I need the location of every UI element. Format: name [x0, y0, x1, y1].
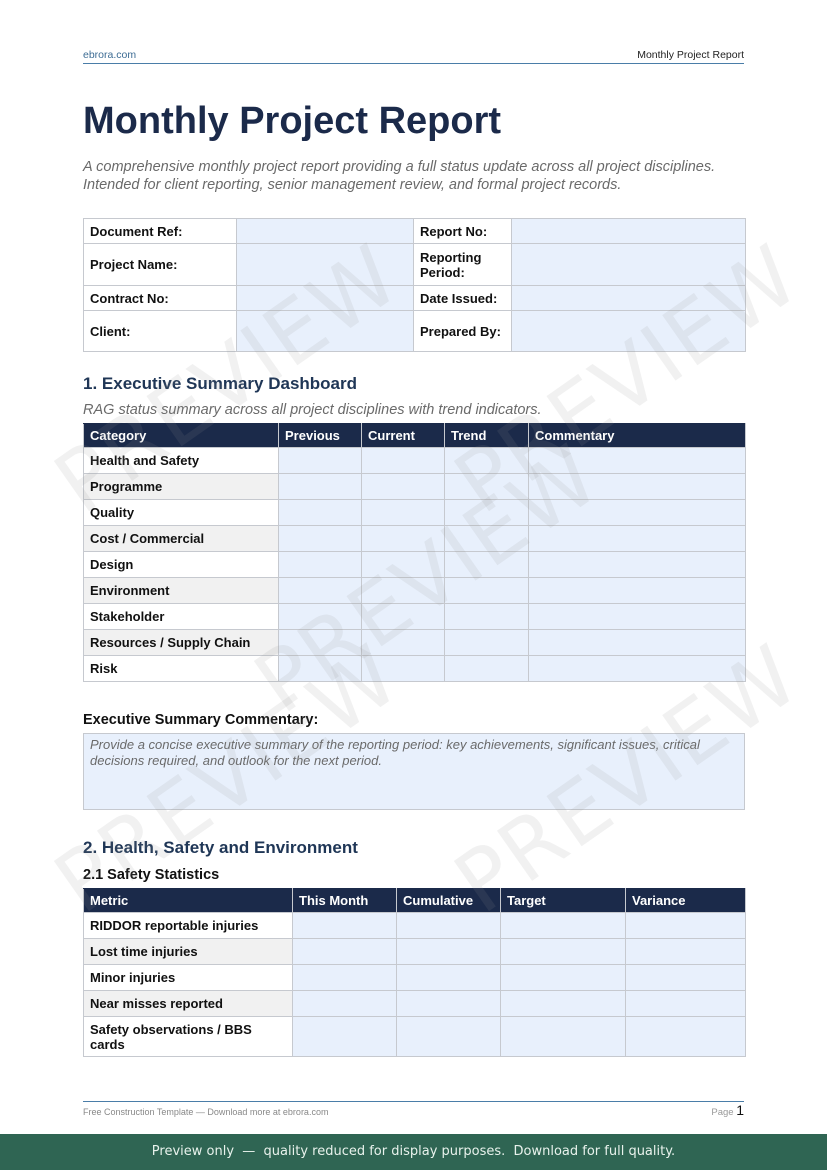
variance-cell[interactable] — [626, 939, 746, 965]
column-header: Variance — [626, 889, 746, 913]
previous-cell[interactable] — [279, 526, 362, 552]
previous-cell[interactable] — [279, 656, 362, 682]
current-cell[interactable] — [362, 656, 445, 682]
page-title: Monthly Project Report — [83, 100, 501, 143]
trend-cell[interactable] — [445, 578, 529, 604]
metric-cell: Lost time injuries — [84, 939, 293, 965]
current-cell[interactable] — [362, 500, 445, 526]
current-cell[interactable] — [362, 604, 445, 630]
this-month-cell[interactable] — [293, 965, 397, 991]
target-cell[interactable] — [501, 991, 626, 1017]
report-no-field[interactable] — [512, 219, 746, 244]
cumulative-cell[interactable] — [397, 913, 501, 939]
commentary-cell[interactable] — [529, 578, 746, 604]
metric-cell: Safety observations / BBS cards — [84, 1017, 293, 1057]
commentary-label: Executive Summary Commentary: — [83, 712, 318, 728]
dashboard-table: Category Previous Current Trend Commenta… — [83, 423, 746, 682]
safety-row: RIDDOR reportable injuries — [84, 913, 746, 939]
cumulative-cell[interactable] — [397, 1017, 501, 1057]
dashboard-row: Quality — [84, 500, 746, 526]
category-cell: Resources / Supply Chain — [84, 630, 279, 656]
category-cell: Health and Safety — [84, 448, 279, 474]
site-link[interactable]: ebrora.com — [83, 49, 136, 61]
info-row: Contract No: Date Issued: — [84, 286, 746, 311]
info-row: Project Name: Reporting Period: — [84, 244, 746, 286]
date-issued-field[interactable] — [512, 286, 746, 311]
header-doc-title: Monthly Project Report — [637, 49, 744, 61]
safety-statistics-heading: 2.1 Safety Statistics — [83, 867, 219, 883]
target-cell[interactable] — [501, 939, 626, 965]
commentary-cell[interactable] — [529, 630, 746, 656]
commentary-cell[interactable] — [529, 500, 746, 526]
dashboard-row: Programme — [84, 474, 746, 500]
target-cell[interactable] — [501, 965, 626, 991]
trend-cell[interactable] — [445, 630, 529, 656]
running-header: ebrora.com Monthly Project Report — [83, 48, 744, 64]
prepared-by-field[interactable] — [512, 311, 746, 352]
column-header: Metric — [84, 889, 293, 913]
category-cell: Risk — [84, 656, 279, 682]
column-header: Commentary — [529, 424, 746, 448]
category-cell: Quality — [84, 500, 279, 526]
dashboard-row: Risk — [84, 656, 746, 682]
dashboard-body: Health and SafetyProgrammeQualityCost / … — [84, 448, 746, 682]
dashboard-header-row: Category Previous Current Trend Commenta… — [84, 424, 746, 448]
this-month-cell[interactable] — [293, 991, 397, 1017]
metric-cell: Minor injuries — [84, 965, 293, 991]
category-cell: Cost / Commercial — [84, 526, 279, 552]
previous-cell[interactable] — [279, 448, 362, 474]
commentary-cell[interactable] — [529, 656, 746, 682]
info-label: Reporting Period: — [414, 244, 512, 286]
page-subtitle: A comprehensive monthly project report p… — [83, 158, 744, 194]
trend-cell[interactable] — [445, 656, 529, 682]
variance-cell[interactable] — [626, 1017, 746, 1057]
trend-cell[interactable] — [445, 552, 529, 578]
contract-no-field[interactable] — [237, 286, 414, 311]
footer-text: Free Construction Template — Download mo… — [83, 1107, 328, 1117]
previous-cell[interactable] — [279, 630, 362, 656]
variance-cell[interactable] — [626, 965, 746, 991]
info-row: Client: Prepared By: — [84, 311, 746, 352]
safety-row: Minor injuries — [84, 965, 746, 991]
current-cell[interactable] — [362, 578, 445, 604]
trend-cell[interactable] — [445, 448, 529, 474]
current-cell[interactable] — [362, 474, 445, 500]
client-field[interactable] — [237, 311, 414, 352]
project-name-field[interactable] — [237, 244, 414, 286]
info-label: Document Ref: — [84, 219, 237, 244]
dashboard-row: Stakeholder — [84, 604, 746, 630]
target-cell[interactable] — [501, 1017, 626, 1057]
column-header: Target — [501, 889, 626, 913]
current-cell[interactable] — [362, 552, 445, 578]
info-label: Project Name: — [84, 244, 237, 286]
commentary-cell[interactable] — [529, 604, 746, 630]
safety-row: Near misses reported — [84, 991, 746, 1017]
document-info-table: Document Ref: Report No: Project Name: R… — [83, 218, 746, 352]
current-cell[interactable] — [362, 448, 445, 474]
commentary-cell[interactable] — [529, 552, 746, 578]
cumulative-cell[interactable] — [397, 965, 501, 991]
trend-cell[interactable] — [445, 604, 529, 630]
trend-cell[interactable] — [445, 500, 529, 526]
previous-cell[interactable] — [279, 578, 362, 604]
safety-statistics-table: Metric This Month Cumulative Target Vari… — [83, 888, 746, 1057]
column-header: Cumulative — [397, 889, 501, 913]
column-header: Category — [84, 424, 279, 448]
safety-row: Lost time injuries — [84, 939, 746, 965]
page-number: Page 1 — [711, 1102, 744, 1118]
page-label: Page — [711, 1107, 733, 1118]
dashboard-row: Environment — [84, 578, 746, 604]
commentary-cell[interactable] — [529, 526, 746, 552]
this-month-cell[interactable] — [293, 939, 397, 965]
info-label: Client: — [84, 311, 237, 352]
previous-cell[interactable] — [279, 604, 362, 630]
category-cell: Environment — [84, 578, 279, 604]
info-label: Report No: — [414, 219, 512, 244]
info-label: Date Issued: — [414, 286, 512, 311]
trend-cell[interactable] — [445, 526, 529, 552]
variance-cell[interactable] — [626, 913, 746, 939]
info-label: Prepared By: — [414, 311, 512, 352]
section-1-intro: RAG status summary across all project di… — [83, 402, 542, 418]
cumulative-cell[interactable] — [397, 939, 501, 965]
dashboard-row: Cost / Commercial — [84, 526, 746, 552]
commentary-cell[interactable] — [529, 474, 746, 500]
preview-banner: Preview only — quality reduced for displ… — [0, 1134, 827, 1170]
previous-cell[interactable] — [279, 552, 362, 578]
safety-row: Safety observations / BBS cards — [84, 1017, 746, 1057]
column-header: Current — [362, 424, 445, 448]
metric-cell: RIDDOR reportable injuries — [84, 913, 293, 939]
safety-body: RIDDOR reportable injuriesLost time inju… — [84, 913, 746, 1057]
section-1-heading: 1. Executive Summary Dashboard — [83, 374, 357, 394]
executive-summary-commentary-field[interactable]: Provide a concise executive summary of t… — [83, 733, 745, 810]
info-label: Contract No: — [84, 286, 237, 311]
this-month-cell[interactable] — [293, 913, 397, 939]
section-2-heading: 2. Health, Safety and Environment — [83, 838, 358, 858]
this-month-cell[interactable] — [293, 1017, 397, 1057]
current-cell[interactable] — [362, 630, 445, 656]
info-row: Document Ref: Report No: — [84, 219, 746, 244]
dashboard-row: Health and Safety — [84, 448, 746, 474]
document-ref-field[interactable] — [237, 219, 414, 244]
page-number-value: 1 — [736, 1102, 744, 1118]
category-cell: Design — [84, 552, 279, 578]
previous-cell[interactable] — [279, 474, 362, 500]
category-cell: Stakeholder — [84, 604, 279, 630]
column-header: This Month — [293, 889, 397, 913]
previous-cell[interactable] — [279, 500, 362, 526]
category-cell: Programme — [84, 474, 279, 500]
variance-cell[interactable] — [626, 991, 746, 1017]
cumulative-cell[interactable] — [397, 991, 501, 1017]
trend-cell[interactable] — [445, 474, 529, 500]
column-header: Previous — [279, 424, 362, 448]
dashboard-row: Design — [84, 552, 746, 578]
current-cell[interactable] — [362, 526, 445, 552]
reporting-period-field[interactable] — [512, 244, 746, 286]
footer-rule — [83, 1101, 744, 1102]
safety-header-row: Metric This Month Cumulative Target Vari… — [84, 889, 746, 913]
dashboard-row: Resources / Supply Chain — [84, 630, 746, 656]
commentary-cell[interactable] — [529, 448, 746, 474]
target-cell[interactable] — [501, 913, 626, 939]
column-header: Trend — [445, 424, 529, 448]
metric-cell: Near misses reported — [84, 991, 293, 1017]
